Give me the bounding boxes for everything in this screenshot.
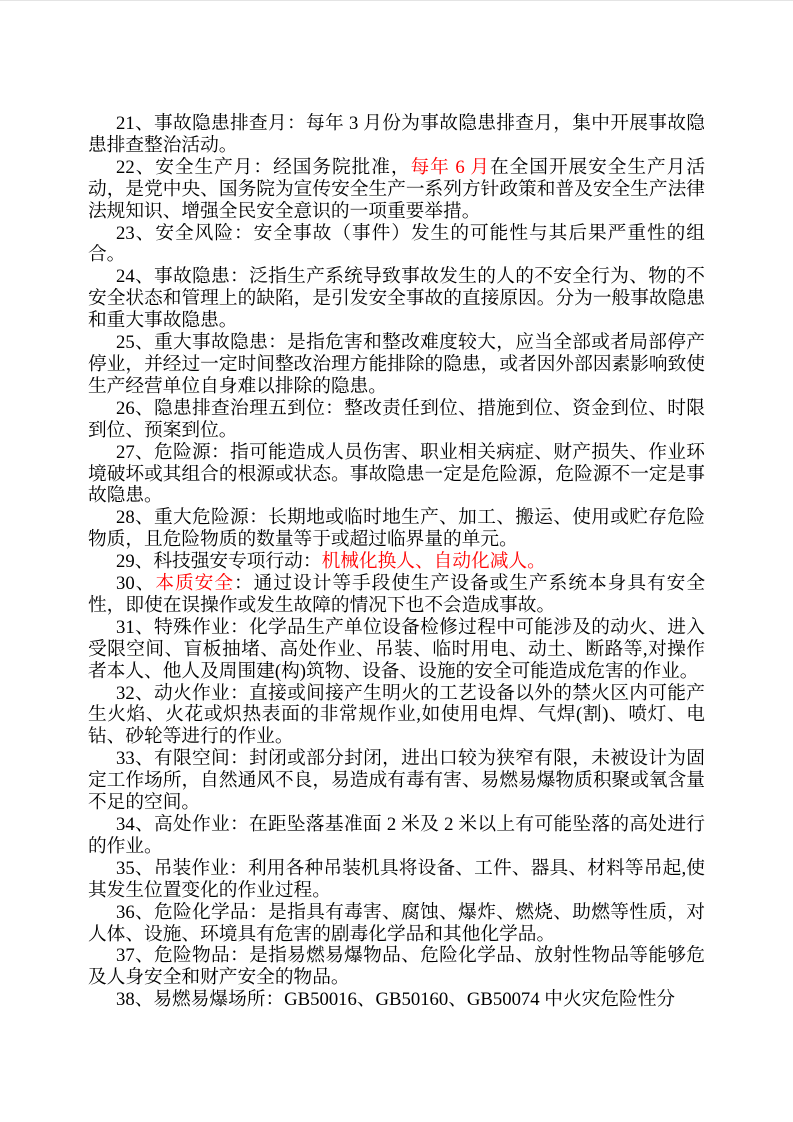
paragraph-item-26: 26、隐患排查治理五到位：整改责任到位、措施到位、资金到位、时限到位、预案到位。 (88, 398, 705, 442)
paragraph-text: 28、重大危险源：长期地或临时地生产、加工、搬运、使用或贮存危险物质，且危险物质… (88, 507, 705, 550)
paragraph-item-31: 31、特殊作业：化学品生产单位设备检修过程中可能涉及的动火、进入受限空间、盲板抽… (88, 617, 705, 683)
paragraph-text: 22、安全生产月：经国务院批准， (116, 157, 411, 178)
paragraph-text: 38、易燃易爆场所：GB50016、GB50160、GB50074 中火灾危险性… (116, 989, 675, 1010)
paragraph-text: 27、危险源：指可能造成人员伤害、职业相关病症、财产损失、作业环境破坏或其组合的… (88, 442, 705, 507)
paragraph-item-38: 38、易燃易爆场所：GB50016、GB50160、GB50074 中火灾危险性… (88, 989, 705, 1011)
paragraph-text: 21、事故隐患排查月：每年 3 月份为事故隐患排查月，集中开展事故隐患排查整治活… (88, 113, 705, 156)
paragraph-item-30: 30、本质安全：通过设计等手段使生产设备或生产系统本身具有安全性，即使在误操作或… (88, 573, 705, 617)
paragraph-item-27: 27、危险源：指可能造成人员伤害、职业相关病症、财产损失、作业环境破坏或其组合的… (88, 442, 705, 508)
paragraph-text: 35、吊装作业：利用各种吊装机具将设备、工件、器具、材料等吊起,使其发生位置变化… (88, 858, 705, 901)
paragraph-item-23: 23、安全风险：安全事故（事件）发生的可能性与其后果严重性的组合。 (88, 223, 705, 267)
highlighted-text: 机械化换人、自动化减人。 (322, 551, 546, 572)
paragraph-text: 37、危险物品：是指易燃易爆物品、危险化学品、放射性物品等能够危及人身安全和财产… (88, 945, 705, 988)
paragraph-item-22: 22、安全生产月：经国务院批准，每年 6 月在全国开展安全生产月活动，是党中央、… (88, 157, 705, 223)
paragraph-item-37: 37、危险物品：是指易燃易爆物品、危险化学品、放射性物品等能够危及人身安全和财产… (88, 945, 705, 989)
highlighted-text: 本质安全 (155, 573, 234, 594)
paragraph-item-34: 34、高处作业：在距坠落基准面 2 米及 2 米以上有可能坠落的高处进行的作业。 (88, 814, 705, 858)
paragraph-text: 24、事故隐患：泛指生产系统导致事故发生的人的不安全行为、物的不安全状态和管理上… (88, 266, 705, 331)
paragraph-item-28: 28、重大危险源：长期地或临时地生产、加工、搬运、使用或贮存危险物质，且危险物质… (88, 507, 705, 551)
paragraph-item-35: 35、吊装作业：利用各种吊装机具将设备、工件、器具、材料等吊起,使其发生位置变化… (88, 858, 705, 902)
paragraph-text: 30、 (116, 573, 155, 594)
paragraph-text: 26、隐患排查治理五到位：整改责任到位、措施到位、资金到位、时限到位、预案到位。 (88, 398, 705, 441)
highlighted-text: 每年 6 月 (411, 157, 490, 178)
document-page: 21、事故隐患排查月：每年 3 月份为事故隐患排查月，集中开展事故隐患排查整治活… (0, 0, 793, 1122)
paragraph-item-36: 36、危险化学品：是指具有毒害、腐蚀、爆炸、燃烧、助燃等性质，对人体、设施、环境… (88, 902, 705, 946)
paragraph-item-32: 32、动火作业：直接或间接产生明火的工艺设备以外的禁火区内可能产生火焰、火花或炽… (88, 683, 705, 749)
paragraph-item-21: 21、事故隐患排查月：每年 3 月份为事故隐患排查月，集中开展事故隐患排查整治活… (88, 113, 705, 157)
paragraph-text: 36、危险化学品：是指具有毒害、腐蚀、爆炸、燃烧、助燃等性质，对人体、设施、环境… (88, 902, 705, 945)
paragraph-text: 34、高处作业：在距坠落基准面 2 米及 2 米以上有可能坠落的高处进行的作业。 (88, 814, 705, 857)
paragraph-text: 32、动火作业：直接或间接产生明火的工艺设备以外的禁火区内可能产生火焰、火花或炽… (88, 683, 705, 748)
paragraph-item-24: 24、事故隐患：泛指生产系统导致事故发生的人的不安全行为、物的不安全状态和管理上… (88, 266, 705, 332)
paragraph-text: 29、科技强安专项行动： (116, 551, 322, 572)
paragraph-text: 23、安全风险：安全事故（事件）发生的可能性与其后果严重性的组合。 (88, 223, 705, 266)
document-text-block: 21、事故隐患排查月：每年 3 月份为事故隐患排查月，集中开展事故隐患排查整治活… (88, 113, 705, 1011)
paragraph-item-29: 29、科技强安专项行动：机械化换人、自动化减人。 (88, 551, 705, 573)
paragraph-text: 33、有限空间：封闭或部分封闭，进出口较为狭窄有限，未被设计为固定工作场所，自然… (88, 748, 705, 813)
paragraph-item-25: 25、重大事故隐患：是指危害和整改难度较大，应当全部或者局部停产停业，并经过一定… (88, 332, 705, 398)
paragraph-text: 31、特殊作业：化学品生产单位设备检修过程中可能涉及的动火、进入受限空间、盲板抽… (88, 617, 705, 682)
paragraph-text: 25、重大事故隐患：是指危害和整改难度较大，应当全部或者局部停产停业，并经过一定… (88, 332, 705, 397)
paragraph-item-33: 33、有限空间：封闭或部分封闭，进出口较为狭窄有限，未被设计为固定工作场所，自然… (88, 748, 705, 814)
